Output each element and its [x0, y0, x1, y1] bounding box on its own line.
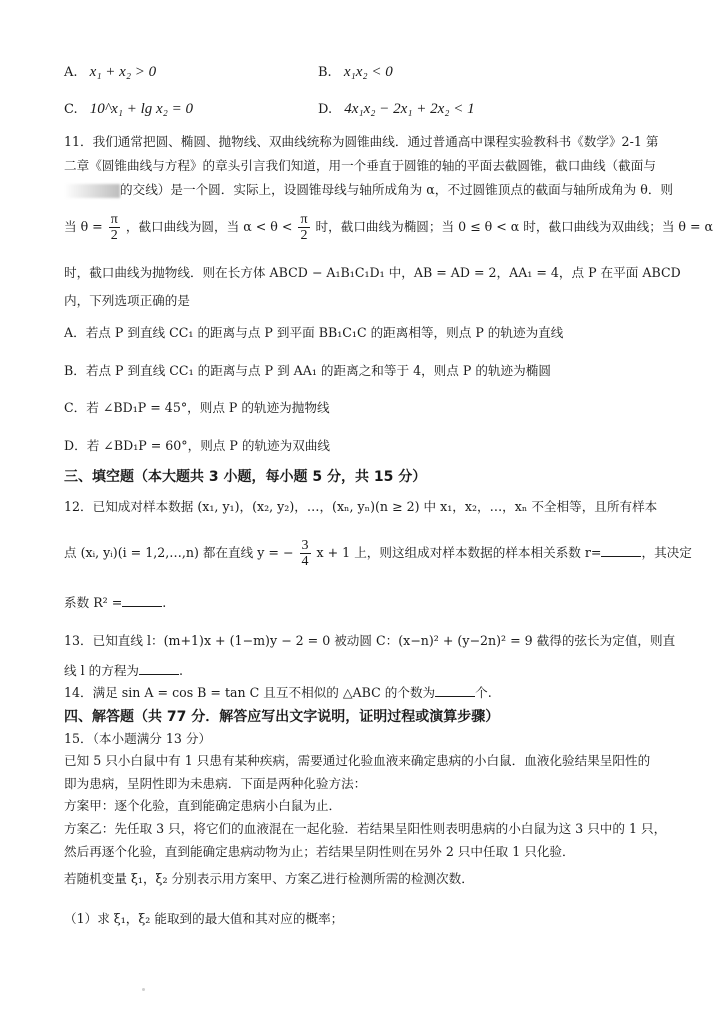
text: ，其决定: [641, 545, 691, 560]
exam-page: A. x₁ + x₂ > 0 B. x₁x₂ < 0 C. 10^x₁ + lg…: [0, 0, 720, 1018]
text: 个.: [475, 685, 492, 700]
q14-line: 14．满足 sin A = cos B = tan C 且互不相似的 △ABC …: [64, 684, 492, 702]
q10-option-d: D. 4x₁x₂ − 2x₁ + 2x₂ < 1: [318, 101, 475, 118]
q15-paragraph-1: 已知 5 只小白鼠中有 1 只患有某种疾病，需要通过化验血液来确定患病的小白鼠．…: [64, 752, 650, 770]
text: 时，截口曲线为椭圆；当 0 ≤ θ < α 时，截口曲线为双曲线；当 θ = α: [316, 219, 714, 234]
q15-plan-a: 方案甲：逐个化验，直到能确定患病小白鼠为止．: [64, 797, 341, 815]
answer-blank-r-squared[interactable]: [122, 594, 162, 607]
text: ，截口曲线为圆，当 α < θ <: [126, 219, 293, 234]
q10-option-b: B. x₁x₂ < 0: [318, 64, 393, 81]
q15-random-variables: 若随机变量 ξ₁，ξ₂ 分别表示用方案甲、方案乙进行检测所需的检测次数．: [64, 870, 474, 888]
q11-line-3-text: 的交线）是一个圆．实际上，设圆锥母线与轴所成角为 α，不过圆锥顶点的截面与轴所成…: [120, 182, 673, 197]
answer-blank-r[interactable]: [601, 544, 641, 557]
scan-artifact: [142, 988, 145, 991]
q15-header: 15．（本小题满分 13 分）: [64, 730, 211, 748]
q11-option-c: C．若 ∠BD₁P = 45°，则点 P 的轨迹为抛物线: [64, 399, 330, 417]
option-expression: 10^x₁ + lg x₂ = 0: [90, 101, 193, 117]
text: 14．满足 sin A = cos B = tan C 且互不相似的 △ABC …: [64, 685, 435, 700]
option-label: D.: [318, 102, 332, 117]
q13-line-2: 线 l 的方程为.: [64, 662, 183, 680]
q10-option-a: A. x₁ + x₂ > 0: [64, 64, 156, 81]
q11-option-b: B．若点 P 到直线 CC₁ 的距离与点 P 到 AA₁ 的距离之和等于 4，则…: [64, 362, 551, 380]
q11-line-6: 内，下列选项正确的是: [64, 292, 190, 310]
option-label: A.: [64, 65, 78, 80]
q11-line-2: 二章《圆锥曲线与方程》的章头引言我们知道，用一个垂直于圆锥的轴的平面去截圆锥，截…: [64, 157, 656, 175]
fraction-3-over-4: 34: [300, 538, 311, 569]
q11-option-a: A．若点 P 到直线 CC₁ 的距离与点 P 到平面 BB₁C₁C 的距离相等，…: [64, 324, 563, 342]
option-expression: x₁ + x₂ > 0: [90, 64, 157, 80]
answer-blank-triangle-count[interactable]: [435, 684, 475, 697]
q15-sub-question-1: （1）求 ξ₁，ξ₂ 能取到的最大值和其对应的概率；: [64, 910, 343, 928]
q13-line-1: 13．已知直线 l：(m+1)x + (1−m)y − 2 = 0 被动圆 C：…: [64, 632, 675, 650]
q10-option-c: C. 10^x₁ + lg x₂ = 0: [64, 101, 193, 118]
q15-plan-b-cont: 然后再逐个化验，直到能确定患病动物为止；若结果呈阴性则在另外 2 只中任取 1 …: [64, 843, 575, 861]
text: x + 1 上，则这组成对样本数据的样本相关系数 r=: [317, 545, 602, 560]
q12-line-2: 点 (xᵢ, yᵢ)(i = 1,2,…,n) 都在直线 y = − 34 x …: [64, 538, 692, 569]
q11-line-1: 11．我们通常把圆、椭圆、抛物线、双曲线统称为圆锥曲线．通过普通高中课程实验教科…: [64, 133, 658, 151]
q12-line-1: 12．已知成对样本数据 (x₁, y₁)，(x₂, y₂)，…，(xₙ, yₙ)…: [64, 498, 657, 516]
option-expression: x₁x₂ < 0: [344, 64, 393, 80]
q11-line-4: 当 θ = π2 ，截口曲线为圆，当 α < θ < π2 时，截口曲线为椭圆；…: [64, 212, 713, 243]
option-label: B.: [318, 65, 332, 80]
option-label: C.: [64, 102, 78, 117]
text: .: [179, 663, 183, 678]
text: 系数 R² =: [64, 595, 122, 610]
q11-line-5: 时，截口曲线为抛物线．则在长方体 ABCD − A₁B₁C₁D₁ 中，AB = …: [64, 264, 681, 282]
text: .: [162, 595, 166, 610]
fraction-pi-over-2: π2: [109, 212, 120, 243]
answer-blank-line-equation[interactable]: [139, 662, 179, 675]
text: 当 θ =: [64, 219, 103, 234]
q11-line-3: 的交线）是一个圆．实际上，设圆锥母线与轴所成角为 α，不过圆锥顶点的截面与轴所成…: [64, 181, 673, 199]
text: 线 l 的方程为: [64, 663, 139, 678]
option-expression: 4x₁x₂ − 2x₁ + 2x₂ < 1: [344, 101, 474, 117]
q15-plan-b: 方案乙：先任取 3 只，将它们的血液混在一起化验．若结果呈阳性则表明患病的小白鼠…: [64, 820, 666, 838]
blurred-region: [64, 184, 120, 198]
q12-line-3: 系数 R² =.: [64, 594, 166, 612]
q11-option-d: D．若 ∠BD₁P = 60°，则点 P 的轨迹为双曲线: [64, 437, 330, 455]
q15-paragraph-2: 即为患病，呈阴性即为未患病．下面是两种化验方法：: [64, 775, 366, 793]
fraction-pi-over-2: π2: [298, 212, 309, 243]
section-3-heading: 三、填空题（本大题共 3 小题，每小题 5 分，共 15 分）: [64, 466, 426, 486]
section-4-heading: 四、解答题（共 77 分．解答应写出文字说明，证明过程或演算步骤）: [64, 706, 499, 726]
text: 点 (xᵢ, yᵢ)(i = 1,2,…,n) 都在直线 y = −: [64, 545, 293, 560]
